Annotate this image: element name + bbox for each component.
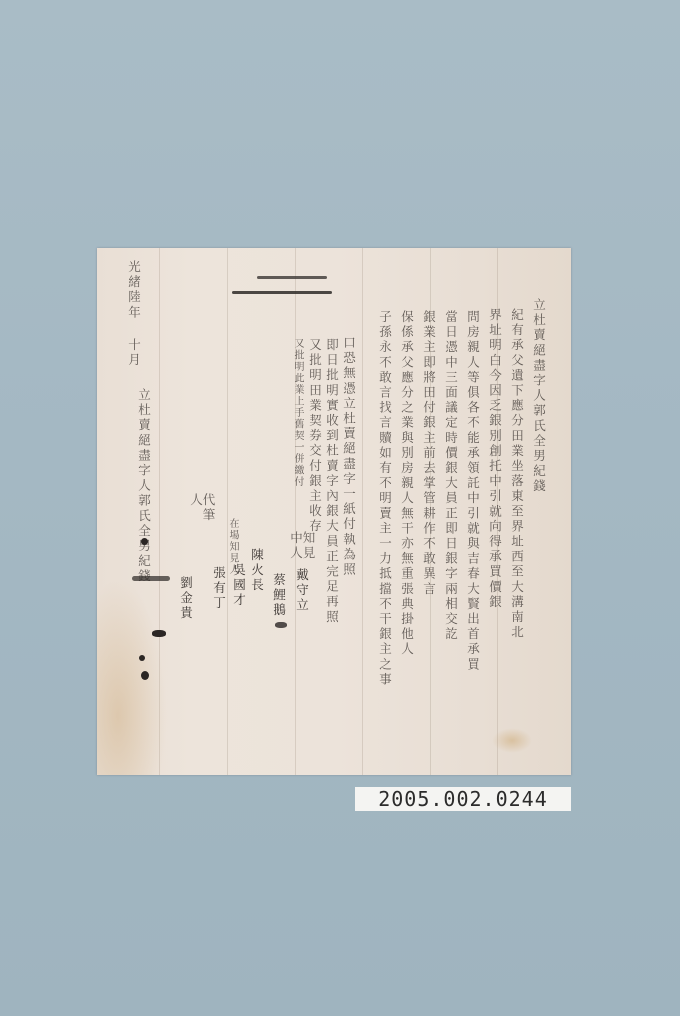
body-column-4: 問房親人等俱各不能承領託中引就與吉春大賢出首承買: [466, 310, 479, 770]
signature-mark: [152, 630, 166, 637]
ink-mark: [141, 538, 148, 545]
body-column-3: 界址明白今因乏銀別創托中引就向得承買價銀: [488, 308, 501, 768]
ink-mark: [141, 671, 149, 680]
body-column-2: 紀有承父遺下應分田業坐落東至界址西至大溝南北: [510, 308, 523, 768]
body-column-5: 當日憑中三面議定時價銀大員正即日銀字兩相交訖: [444, 310, 457, 770]
header-mark-stroke-top: [257, 276, 327, 279]
intermediary-name: 戴守立: [295, 568, 308, 638]
body-column-8: 子孫永不敢言找言贖如有不明賣主一力抵擋不干銀主之事: [378, 310, 391, 770]
seller-line: 立杜賣絕盡字人郭氏全男紀錢: [137, 388, 150, 588]
date-line: 光緒陸年 十月: [127, 260, 140, 390]
present-name: 陳火長: [250, 548, 263, 608]
signature-mark: [132, 576, 170, 581]
body-column-6: 銀業主即將田付銀主前去掌管耕作不敢異言: [422, 310, 435, 770]
intermediary-label: 知見中人: [289, 531, 314, 571]
present-name: 劉金貴: [179, 576, 192, 636]
fold-line: [227, 248, 228, 775]
present-name: 吳國才: [232, 563, 245, 623]
present-name: 張有丁: [212, 566, 225, 626]
fold-line: [362, 248, 363, 775]
postscript-column-2: 即日批明實收到杜賣字內銀大員正完足再照: [325, 338, 338, 668]
water-stain: [97, 578, 167, 775]
ink-mark: [139, 655, 145, 661]
writer-label: 代筆人: [189, 493, 214, 533]
postscript-column-1: 口恐無憑立杜賣絕盡字一紙付執為照: [342, 336, 355, 696]
body-column-7: 保係承父應分之業與別房親人無干亦無重張典掛他人: [400, 310, 413, 770]
catalog-number-label: 2005.002.0244: [355, 787, 571, 811]
intermediary-name: 蔡鯉鵝: [272, 573, 285, 643]
signature-mark: [275, 622, 287, 628]
deed-document: 立杜賣絕盡字人郭氏全男紀錢 紀有承父遺下應分田業坐落東至界址西至大溝南北 界址明…: [97, 248, 571, 775]
postscript-column-4: 又批明此業上手舊契一併繳付: [292, 338, 302, 538]
body-column-1: 立杜賣絕盡字人郭氏全男紀錢: [532, 298, 545, 768]
header-mark-stroke-bottom: [232, 291, 332, 294]
